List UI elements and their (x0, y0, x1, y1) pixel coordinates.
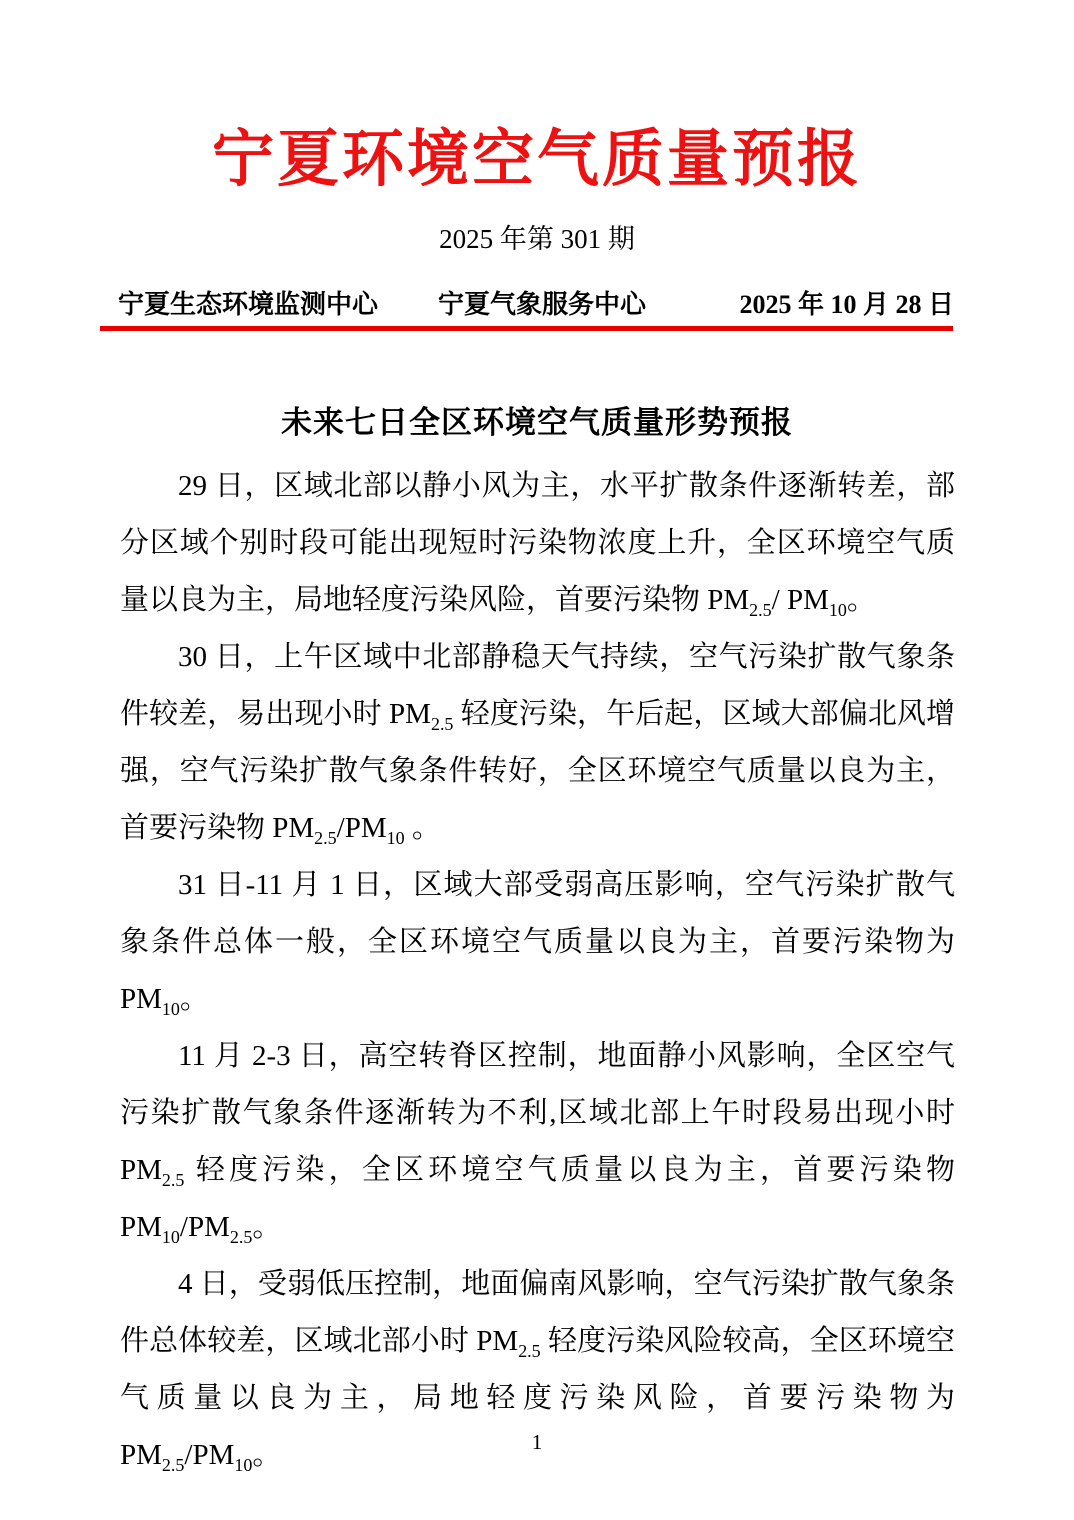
section-title: 未来七日全区环境空气质量形势预报 (0, 397, 1074, 442)
page-number: 1 (0, 1430, 1074, 1455)
org-row: 宁夏生态环境监测中心 宁夏气象服务中心 2025 年 10 月 28 日 (118, 284, 954, 321)
issue-number: 2025 年第 301 期 (0, 217, 1074, 256)
red-divider-rule (100, 326, 953, 331)
document-page: 宁夏环境空气质量预报 2025 年第 301 期 宁夏生态环境监测中心 宁夏气象… (0, 0, 1074, 1520)
report-title: 宁夏环境空气质量预报 (0, 126, 1074, 195)
forecast-paragraph: 31 日-11 月 1 日，区域大部受弱高压影响，空气污染扩散气象条件总体一般，… (120, 857, 955, 1028)
forecast-paragraphs: 29 日，区域北部以静小风为主，水平扩散条件逐渐转差，部分区域个别时段可能出现短… (120, 458, 955, 1484)
report-date: 2025 年 10 月 28 日 (739, 284, 954, 321)
forecast-paragraph: 30 日，上午区域中北部静稳天气持续，空气污染扩散气象条件较差，易出现小时 PM… (120, 629, 955, 857)
org-weather-service-center: 宁夏气象服务中心 (438, 284, 646, 321)
forecast-paragraph: 11 月 2-3 日，高空转脊区控制，地面静小风影响，全区空气污染扩散气象条件逐… (120, 1028, 955, 1256)
org-monitoring-center: 宁夏生态环境监测中心 (118, 284, 378, 321)
forecast-paragraph: 29 日，区域北部以静小风为主，水平扩散条件逐渐转差，部分区域个别时段可能出现短… (120, 458, 955, 629)
